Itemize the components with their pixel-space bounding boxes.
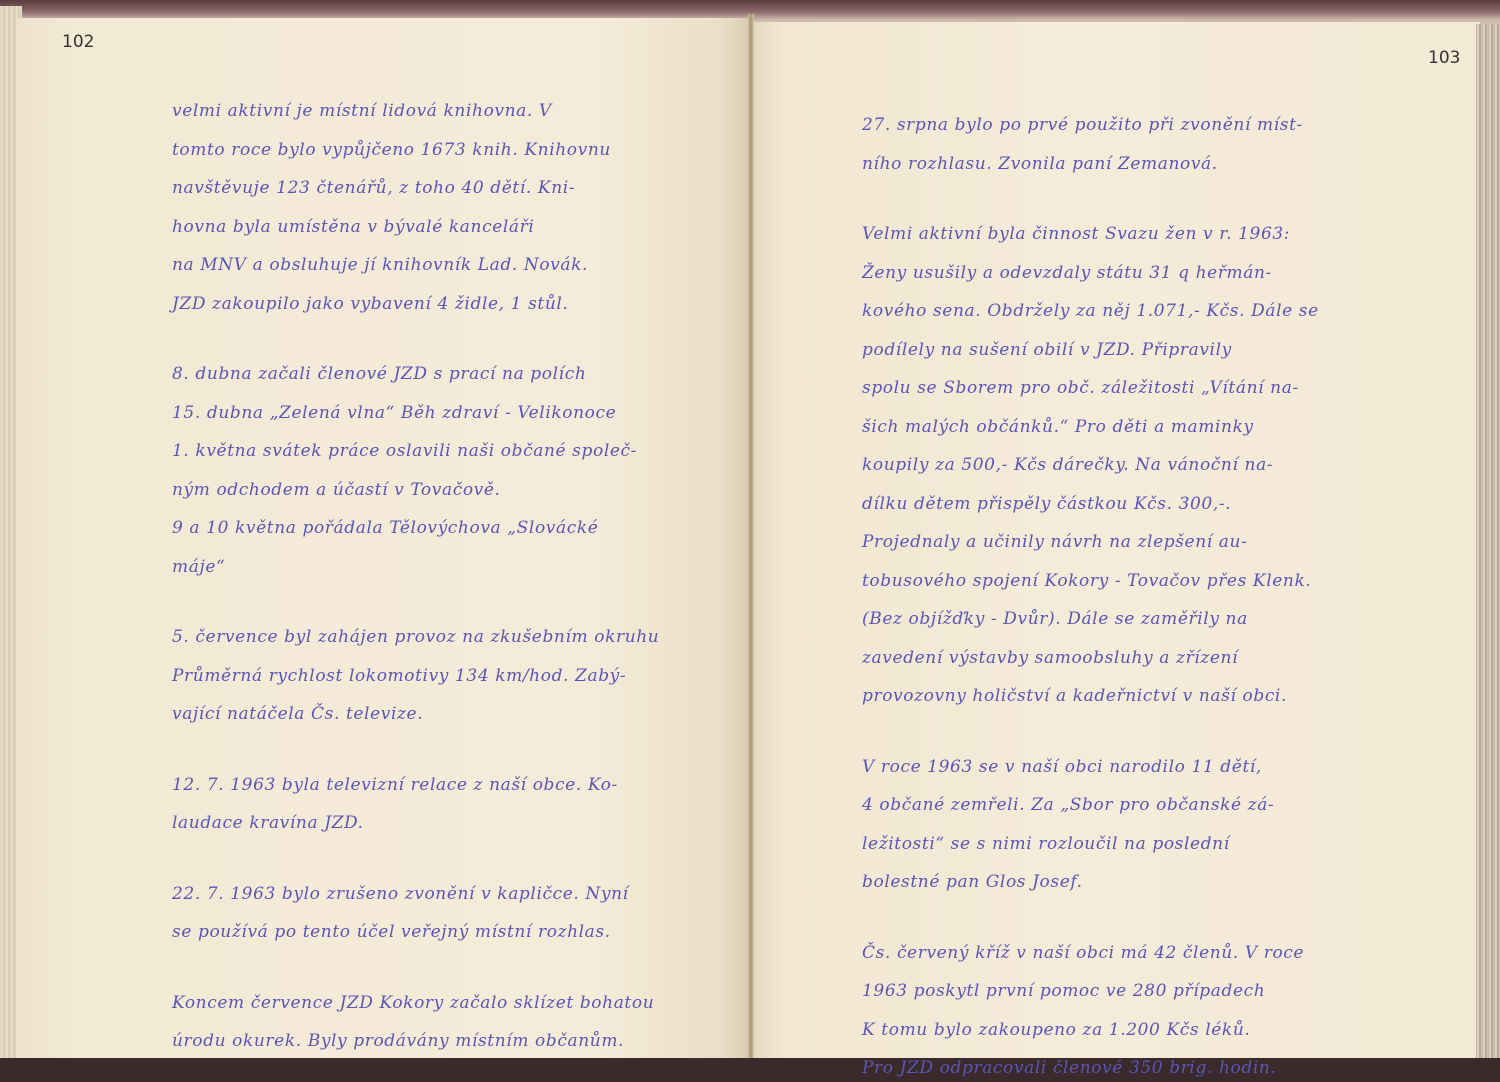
handwritten-line: máje“: [172, 548, 732, 587]
paragraph-spring-events: 8. dubna začali členové JZD s prací na p…: [172, 355, 732, 586]
handwritten-line: 5. července byl zahájen provoz na zkušeb…: [172, 618, 732, 657]
handwritten-line: koupily za 500,- Kčs dárečky. Na vánoční…: [862, 446, 1402, 485]
handwritten-line: ným odchodem a účastí v Tovačově.: [172, 471, 732, 510]
handwritten-line: Čs. červený kříž v naší obci má 42 členů…: [862, 934, 1402, 973]
left-page-number: 102: [62, 32, 94, 52]
handwritten-line: se používá po tento účel veřejný místní …: [172, 913, 732, 952]
handwritten-line: 8. dubna začali členové JZD s prací na p…: [172, 355, 732, 394]
paragraph-red-cross: Čs. červený kříž v naší obci má 42 členů…: [862, 934, 1402, 1082]
handwritten-line: dílku dětem přispěly částkou Kčs. 300,-.: [862, 485, 1402, 524]
handwritten-line: 27. srpna bylo po prvé použito při zvoně…: [862, 106, 1402, 145]
handwritten-line: 22. 7. 1963 bylo zrušeno zvonění v kapli…: [172, 875, 732, 914]
handwritten-line: 4 občané zemřeli. Za „Sbor pro občanské …: [862, 786, 1402, 825]
handwritten-line: 1963 poskytl první pomoc ve 280 případec…: [862, 972, 1402, 1011]
handwritten-line: (Bez objížďky - Dvůr). Dále se zaměřily …: [862, 600, 1402, 639]
handwritten-line: 9 a 10 května pořádala Tělovýchova „Slov…: [172, 509, 732, 548]
handwritten-line: JZD zakoupilo jako vybavení 4 židle, 1 s…: [172, 285, 732, 324]
paragraph-tv-broadcast: 12. 7. 1963 byla televizní relace z naší…: [172, 766, 732, 843]
handwritten-line: tomto roce bylo vypůjčeno 1673 knih. Kni…: [172, 131, 732, 170]
paragraph-radio-ringing: 27. srpna bylo po prvé použito při zvoně…: [862, 106, 1402, 183]
handwritten-line: provozovny holičství a kadeřnictví v naš…: [862, 677, 1402, 716]
handwritten-line: Koncem července JZD Kokory začalo sklíze…: [172, 984, 732, 1023]
book-gutter: [748, 14, 754, 1064]
handwritten-line: ležitosti“ se s nimi rozloučil na posled…: [862, 825, 1402, 864]
paragraph-bell-ringing: 22. 7. 1963 bylo zrušeno zvonění v kapli…: [172, 875, 732, 952]
left-page-text: velmi aktivní je místní lidová knihovna.…: [172, 92, 732, 1061]
paragraph-library: velmi aktivní je místní lidová knihovna.…: [172, 92, 732, 323]
handwritten-line: hovna byla umístěna v bývalé kanceláři: [172, 208, 732, 247]
handwritten-line: Ženy usušily a odevzdaly státu 31 q heřm…: [862, 254, 1402, 293]
paragraph-test-circuit: 5. července byl zahájen provoz na zkušeb…: [172, 618, 732, 734]
paragraph-cucumber-harvest: Koncem července JZD Kokory začalo sklíze…: [172, 984, 732, 1061]
handwritten-line: velmi aktivní je místní lidová knihovna.…: [172, 92, 732, 131]
handwritten-line: Průměrná rychlost lokomotivy 134 km/hod.…: [172, 657, 732, 696]
right-page-text: 27. srpna bylo po prvé použito při zvoně…: [862, 106, 1402, 1082]
handwritten-line: spolu se Sborem pro obč. záležitosti „Ví…: [862, 369, 1402, 408]
handwritten-line: V roce 1963 se v naší obci narodilo 11 d…: [862, 748, 1402, 787]
handwritten-line: vající natáčela Čs. televize.: [172, 695, 732, 734]
handwritten-line: 1. května svátek práce oslavili naši obč…: [172, 432, 732, 471]
right-page-number: 103: [1428, 48, 1460, 68]
handwritten-line: zavedení výstavby samoobsluhy a zřízení: [862, 639, 1402, 678]
handwritten-line: Projednaly a učinily návrh na zlepšení a…: [862, 523, 1402, 562]
handwritten-line: šich malých občánků.“ Pro děti a maminky: [862, 408, 1402, 447]
handwritten-line: úrodu okurek. Byly prodávány místním obč…: [172, 1022, 732, 1061]
paragraph-womens-union: Velmi aktivní byla činnost Svazu žen v r…: [862, 215, 1402, 716]
handwritten-line: podílely na sušení obilí v JZD. Připravi…: [862, 331, 1402, 370]
paragraph-births-deaths: V roce 1963 se v naší obci narodilo 11 d…: [862, 748, 1402, 902]
handwritten-line: laudace kravína JZD.: [172, 804, 732, 843]
handwritten-line: tobusového spojení Kokory - Tovačov přes…: [862, 562, 1402, 601]
handwritten-line: 15. dubna „Zelená vlna“ Běh zdraví - Vel…: [172, 394, 732, 433]
handwritten-line: Velmi aktivní byla činnost Svazu žen v r…: [862, 215, 1402, 254]
handwritten-line: ního rozhlasu. Zvonila paní Zemanová.: [862, 145, 1402, 184]
right-page-stack-edge: [1476, 24, 1500, 1064]
handwritten-line: Pro JZD odpracovali členové 350 brig. ho…: [862, 1049, 1402, 1082]
handwritten-line: K tomu bylo zakoupeno za 1.200 Kčs léků.: [862, 1011, 1402, 1050]
handwritten-line: bolestné pan Glos Josef.: [862, 863, 1402, 902]
handwritten-line: 12. 7. 1963 byla televizní relace z naší…: [172, 766, 732, 805]
handwritten-line: navštěvuje 123 čtenářů, z toho 40 dětí. …: [172, 169, 732, 208]
handwritten-line: na MNV a obsluhuje jí knihovník Lad. Nov…: [172, 246, 732, 285]
handwritten-line: kového sena. Obdržely za něj 1.071,- Kčs…: [862, 292, 1402, 331]
